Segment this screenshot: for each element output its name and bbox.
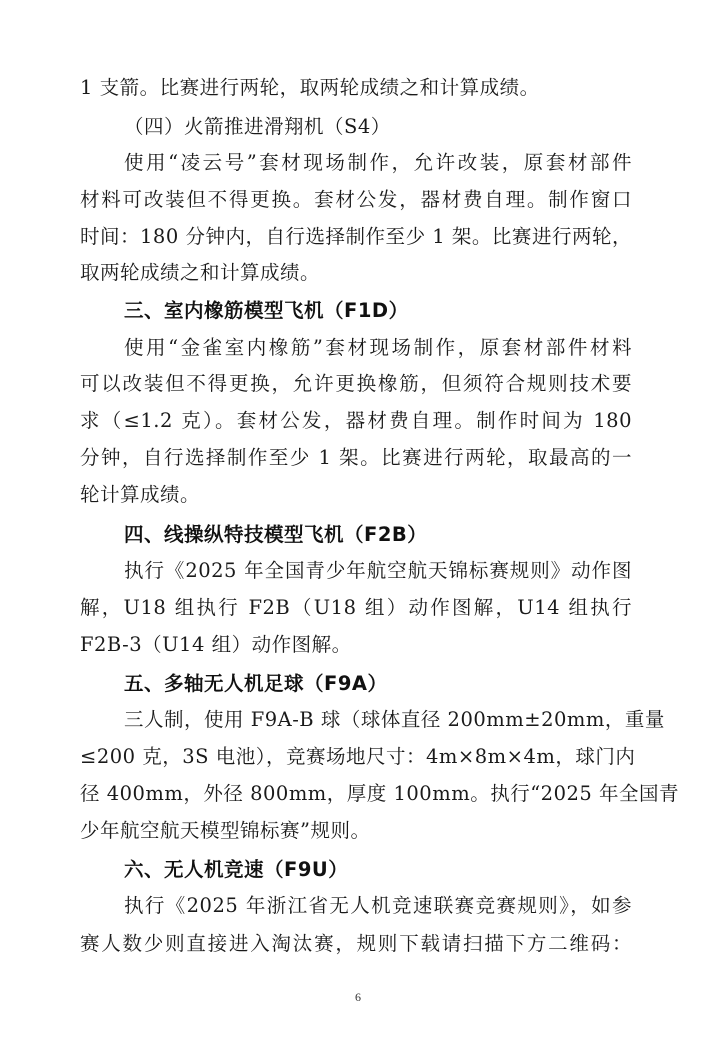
paragraph-line: 执行《2025 年全国青少年航空航天锦标赛规则》动作图: [124, 556, 632, 586]
paragraph-line: 少年航空航天模型锦标赛”规则。: [80, 816, 632, 846]
section-heading: 三、室内橡筋模型飞机（F1D）: [124, 296, 632, 326]
paragraph-line: 分钟，自行选择制作至少 1 架。比赛进行两轮，取最高的一: [80, 443, 632, 473]
paragraph-line: ≤200 克，3S 电池），竞赛场地尺寸：4m×8m×4m，球门内: [80, 742, 632, 772]
paragraph-line: 求（≤1.2 克）。套材公发，器材费自理。制作时间为 180: [80, 406, 632, 436]
paragraph-line: 材料可改装但不得更换。套材公发，器材费自理。制作窗口: [80, 185, 632, 215]
paragraph-line: 三人制，使用 F9A-B 球（球体直径 200mm±20mm，重量: [124, 705, 632, 735]
paragraph-line: 执行《2025 年浙江省无人机竞速联赛竞赛规则》，如参: [124, 891, 632, 921]
page-number: 6: [0, 990, 716, 1005]
paragraph-line: 赛人数少则直接进入淘汰赛，规则下载请扫描下方二维码：: [80, 929, 632, 959]
paragraph-line: 可以改装但不得更换，允许更换橡筋，但须符合规则技术要: [80, 369, 632, 399]
paragraph-line: 轮计算成绩。: [80, 480, 632, 510]
section-heading: 五、多轴无人机足球（F9A）: [124, 669, 632, 699]
subsection-heading: （四）火箭推进滑翔机（S4）: [124, 112, 632, 142]
paragraph-line: 时间：180 分钟内，自行选择制作至少 1 架。比赛进行两轮，: [80, 222, 632, 252]
paragraph-line: 径 400mm，外径 800mm，厚度 100mm。执行“2025 年全国青: [80, 779, 632, 809]
paragraph-line: 使用“凌云号”套材现场制作，允许改装，原套材部件: [124, 148, 632, 178]
section-heading: 四、线操纵特技模型飞机（F2B）: [124, 520, 632, 550]
paragraph-line: 使用“金雀室内橡筋”套材现场制作，原套材部件材料: [124, 333, 632, 363]
paragraph-line: 取两轮成绩之和计算成绩。: [80, 258, 632, 288]
section-heading: 六、无人机竞速（F9U）: [124, 855, 632, 885]
document-page: 1 支箭。比赛进行两轮，取两轮成绩之和计算成绩。（四）火箭推进滑翔机（S4）使用…: [0, 0, 716, 1041]
paragraph-line: 1 支箭。比赛进行两轮，取两轮成绩之和计算成绩。: [80, 73, 632, 103]
paragraph-line: F2B-3（U14 组）动作图解。: [80, 630, 632, 660]
paragraph-line: 解，U18 组执行 F2B（U18 组）动作图解，U14 组执行: [80, 593, 632, 623]
